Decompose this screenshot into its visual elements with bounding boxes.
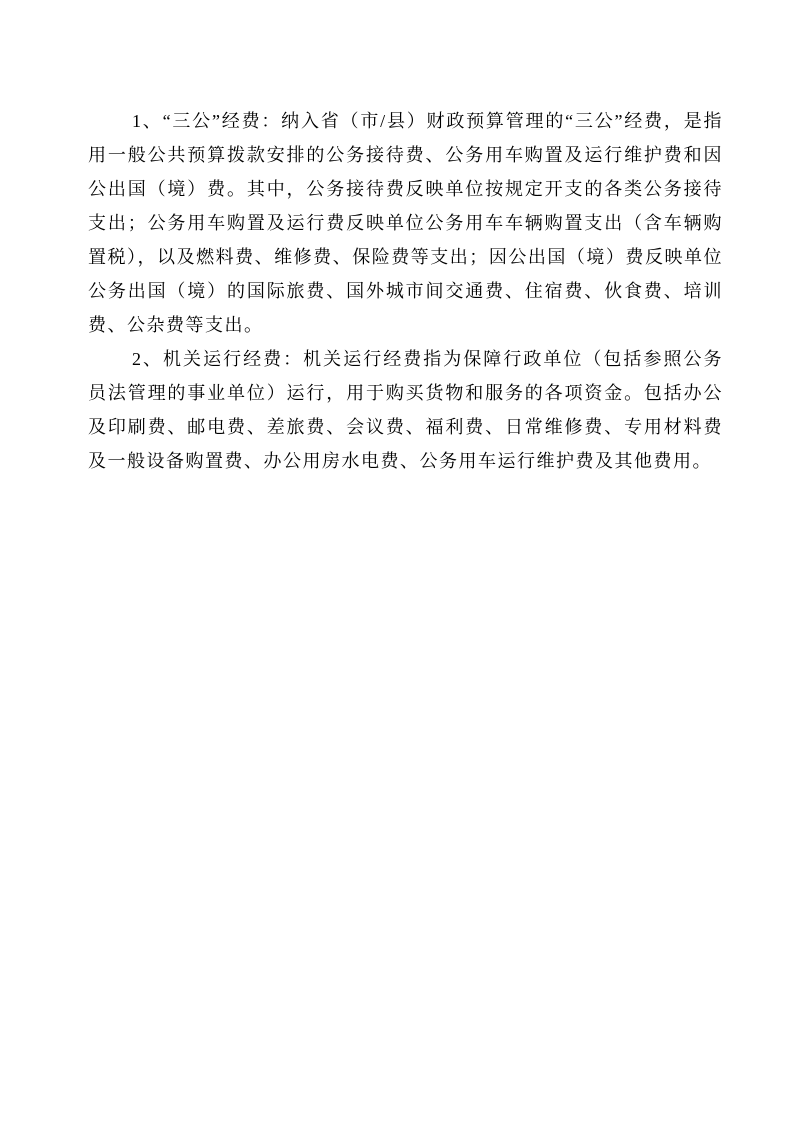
document-page: 1、“三公”经费：纳入省（市/县）财政预算管理的“三公”经费，是指用一般公共预算… (0, 0, 793, 1122)
paragraph-agency-operating-expenses: 2、机关运行经费：机关运行经费指为保障行政单位（包括参照公务员法管理的事业单位）… (88, 342, 723, 478)
paragraph-sangong-expenses: 1、“三公”经费：纳入省（市/县）财政预算管理的“三公”经费，是指用一般公共预算… (88, 104, 723, 342)
document-body: 1、“三公”经费：纳入省（市/县）财政预算管理的“三公”经费，是指用一般公共预算… (88, 104, 723, 478)
